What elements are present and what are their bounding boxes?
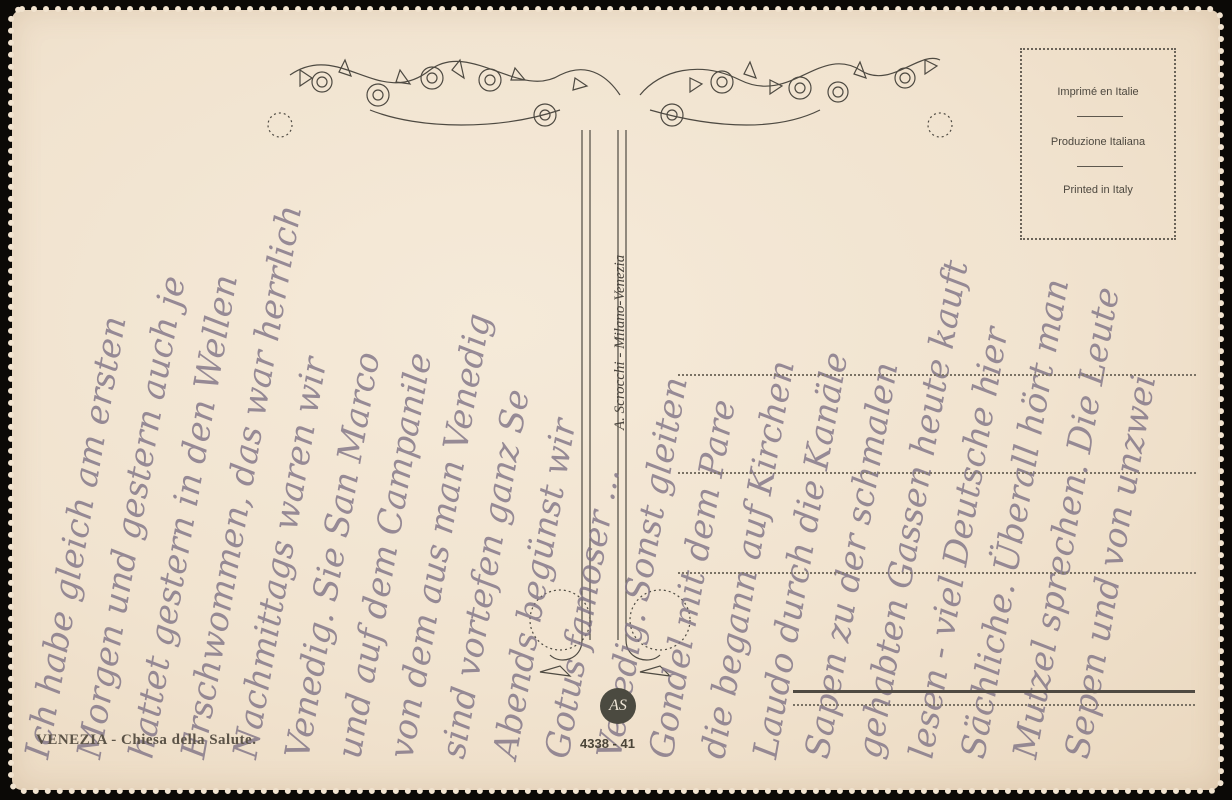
publisher-imprint: A. Scrocchi - Milano-Venezia: [612, 255, 629, 430]
divider: [1077, 116, 1123, 117]
address-line: [678, 472, 1196, 474]
address-line: [678, 374, 1196, 376]
address-line: [678, 572, 1196, 574]
catalog-number: 4338 - 41: [580, 736, 635, 751]
address-line: [793, 704, 1195, 706]
stamp-text-italian: Produzione Italiana: [1022, 136, 1174, 148]
stamp-text-french: Imprimé en Italie: [1022, 86, 1174, 98]
stamp-box: Imprimé en Italie Produzione Italiana Pr…: [1020, 48, 1176, 240]
stamp-text-english: Printed in Italy: [1022, 184, 1174, 196]
postcard-caption: VENEZIA - Chiesa della Salute.: [36, 732, 256, 749]
address-underline: [793, 690, 1195, 693]
divider: [1077, 166, 1123, 167]
publisher-logo-icon: AS: [600, 688, 636, 724]
